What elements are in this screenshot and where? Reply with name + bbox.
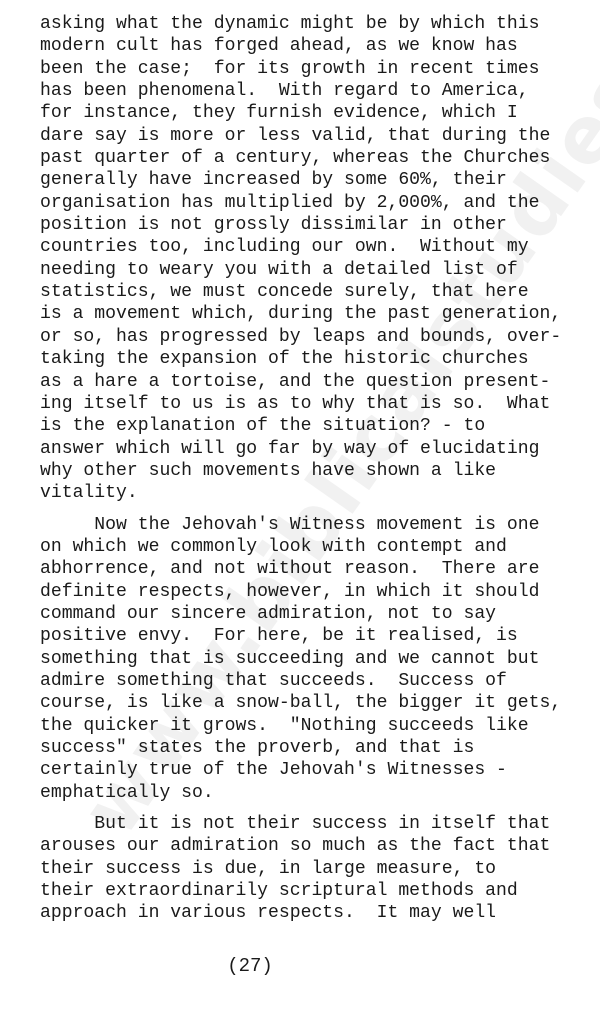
paragraph: asking what the dynamic might be by whic… (40, 13, 600, 505)
text-line: countries too, including our own. Withou… (40, 236, 600, 258)
text-line: success" states the proverb, and that is (40, 737, 600, 759)
text-line: their extraordinarily scriptural methods… (40, 880, 600, 902)
text-line: vitality. (40, 482, 600, 504)
text-line: abhorrence, and not without reason. Ther… (40, 558, 600, 580)
text-line: approach in various respects. It may wel… (40, 902, 600, 924)
text-line: course, is like a snow-ball, the bigger … (40, 692, 600, 714)
text-line: admire something that succeeds. Success … (40, 670, 600, 692)
text-line: But it is not their success in itself th… (40, 813, 600, 835)
text-line: statistics, we must concede surely, that… (40, 281, 600, 303)
text-line: as a hare a tortoise, and the question p… (40, 371, 600, 393)
document-page: www.biblicalstudies.org.uk asking what t… (0, 0, 600, 1029)
text-line: ing itself to us is as to why that is so… (40, 393, 600, 415)
text-line: modern cult has forged ahead, as we know… (40, 35, 600, 57)
text-line: been the case; for its growth in recent … (40, 58, 600, 80)
text-line: emphatically so. (40, 782, 600, 804)
text-line: dare say is more or less valid, that dur… (40, 125, 600, 147)
page-number: (27) (0, 955, 500, 977)
text-line: their success is due, in large measure, … (40, 858, 600, 880)
text-line: position is not grossly dissimilar in ot… (40, 214, 600, 236)
text-line: positive envy. For here, be it realised,… (40, 625, 600, 647)
text-line: why other such movements have shown a li… (40, 460, 600, 482)
text-line: arouses our admiration so much as the fa… (40, 835, 600, 857)
text-line: needing to weary you with a detailed lis… (40, 259, 600, 281)
text-line: asking what the dynamic might be by whic… (40, 13, 600, 35)
text-line: is the explanation of the situation? - t… (40, 415, 600, 437)
text-line: has been phenomenal. With regard to Amer… (40, 80, 600, 102)
text-line: taking the expansion of the historic chu… (40, 348, 600, 370)
text-line: answer which will go far by way of eluci… (40, 438, 600, 460)
text-line: Now the Jehovah's Witness movement is on… (40, 514, 600, 536)
text-line: organisation has multiplied by 2,000%, a… (40, 192, 600, 214)
text-line: something that is succeeding and we cann… (40, 648, 600, 670)
text-line: definite respects, however, in which it … (40, 581, 600, 603)
text-line: certainly true of the Jehovah's Witnesse… (40, 759, 600, 781)
text-line: for instance, they furnish evidence, whi… (40, 102, 600, 124)
paragraph: Now the Jehovah's Witness movement is on… (40, 514, 600, 804)
text-line: command our sincere admiration, not to s… (40, 603, 600, 625)
text-line: past quarter of a century, whereas the C… (40, 147, 600, 169)
text-line: the quicker it grows. "Nothing succeeds … (40, 715, 600, 737)
paragraph: But it is not their success in itself th… (40, 813, 600, 925)
text-line: or so, has progressed by leaps and bound… (40, 326, 600, 348)
text-line: generally have increased by some 60%, th… (40, 169, 600, 191)
text-line: on which we commonly look with contempt … (40, 536, 600, 558)
text-line: is a movement which, during the past gen… (40, 303, 600, 325)
body-text: asking what the dynamic might be by whic… (40, 13, 600, 934)
